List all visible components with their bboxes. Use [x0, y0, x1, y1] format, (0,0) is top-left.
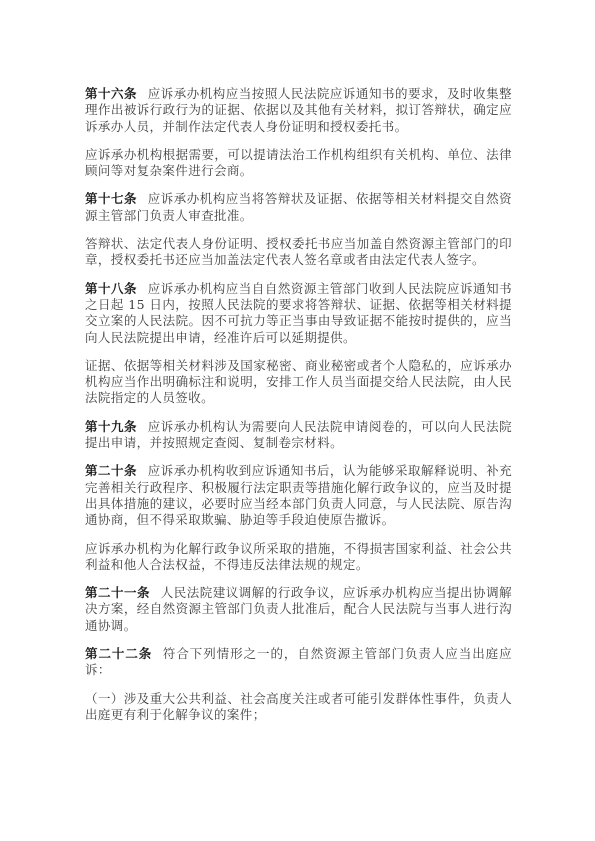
article-20-subparagraph: 应诉承办机构为化解行政争议所采取的措施，不得损害国家利益、社会公共利益和他人合法…	[85, 541, 512, 574]
document-page: 第十六条应诉承办机构应当按照人民法院应诉通知书的要求，及时收集整理作出被诉行政行…	[0, 0, 595, 841]
article-18-number: 第十八条	[85, 281, 137, 296]
article-19-paragraph: 第十九条应诉承办机构认为需要向人民法院申请阅卷的，可以向人民法院提出申请，并按照…	[85, 419, 512, 452]
article-19-text: 应诉承办机构认为需要向人民法院申请阅卷的，可以向人民法院提出申请，并按照规定查阅…	[85, 419, 512, 450]
article-16-subparagraph: 应诉承办机构根据需要，可以提请法治工作机构组织有关机构、单位、法律顾问等对复杂案…	[85, 147, 512, 180]
article-16-paragraph: 第十六条应诉承办机构应当按照人民法院应诉通知书的要求，及时收集整理作出被诉行政行…	[85, 86, 512, 135]
article-22-paragraph: 第二十二条符合下列情形之一的，自然资源主管部门负责人应当出庭应诉：	[85, 646, 512, 679]
article-20-text: 应诉承办机构收到应诉通知书后，认为能够采取解释说明、补充完善相关行政程序、积极履…	[85, 463, 512, 527]
article-22-item-1: （一）涉及重大公共利益、社会高度关注或者可能引发群体性事件，负责人出庭更有利于化…	[85, 691, 512, 724]
article-18-paragraph: 第十八条应诉承办机构应当自自然资源主管部门收到人民法院应诉通知书之日起 15 日…	[85, 281, 512, 346]
article-17-paragraph: 第十七条应诉承办机构应当将答辩状及证据、依据等相关材料提交自然资源主管部门负责人…	[85, 191, 512, 224]
article-16-subparagraph-text: 应诉承办机构根据需要，可以提请法治工作机构组织有关机构、单位、法律顾问等对复杂案…	[85, 147, 512, 178]
article-22-number: 第二十二条	[85, 646, 152, 661]
article-20-paragraph: 第二十条应诉承办机构收到应诉通知书后，认为能够采取解释说明、补充完善相关行政程序…	[85, 463, 512, 528]
article-20-number: 第二十条	[85, 463, 137, 478]
article-19-number: 第十九条	[85, 419, 137, 434]
article-18-subparagraph-text: 证据、依据等相关材料涉及国家秘密、商业秘密或者个人隐私的，应诉承办机构应当作出明…	[85, 358, 512, 406]
article-17-subparagraph-text: 答辩状、法定代表人身份证明、授权委托书应当加盖自然资源主管部门的印章，授权委托书…	[85, 236, 512, 267]
article-17-number: 第十七条	[85, 191, 137, 206]
article-18-text: 应诉承办机构应当自自然资源主管部门收到人民法院应诉通知书之日起 15 日内，按照…	[85, 281, 512, 345]
article-17-text: 应诉承办机构应当将答辩状及证据、依据等相关材料提交自然资源主管部门负责人审查批准…	[85, 191, 512, 222]
article-21-number: 第二十一条	[85, 585, 150, 600]
article-22-item-1-text: （一）涉及重大公共利益、社会高度关注或者可能引发群体性事件，负责人出庭更有利于化…	[85, 691, 512, 722]
article-17-subparagraph: 答辩状、法定代表人身份证明、授权委托书应当加盖自然资源主管部门的印章，授权委托书…	[85, 236, 512, 269]
article-18-subparagraph: 证据、依据等相关材料涉及国家秘密、商业秘密或者个人隐私的，应诉承办机构应当作出明…	[85, 358, 512, 407]
article-16-number: 第十六条	[85, 86, 137, 101]
article-20-subparagraph-text: 应诉承办机构为化解行政争议所采取的措施，不得损害国家利益、社会公共利益和他人合法…	[85, 541, 512, 572]
article-21-paragraph: 第二十一条人民法院建议调解的行政争议，应诉承办机构应当提出协调解决方案，经自然资…	[85, 585, 512, 634]
article-16-text: 应诉承办机构应当按照人民法院应诉通知书的要求，及时收集整理作出被诉行政行为的证据…	[85, 86, 512, 134]
